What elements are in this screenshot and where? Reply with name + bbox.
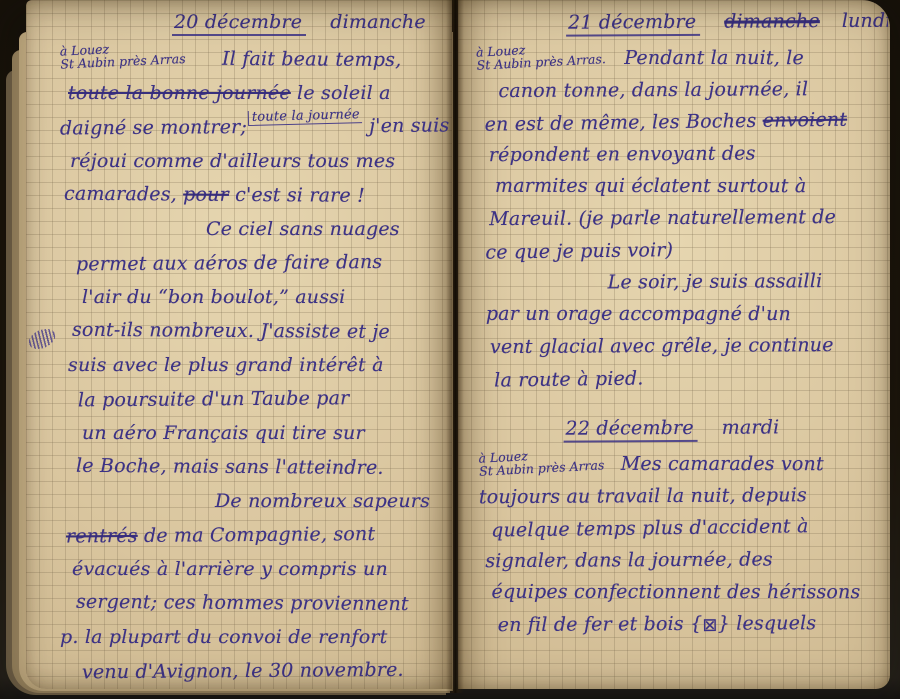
struck-text-segment: pour — [183, 184, 229, 206]
handwriting-line: Mareuil. (je parle naturellement de — [477, 203, 875, 237]
handwriting-line: sergent; ces hommes proviennent — [60, 587, 442, 624]
text-segment: le Boche, mais sans l'atteindre. — [76, 455, 384, 479]
text-segment: vent glacial avec grêle, je continue — [490, 334, 834, 358]
handwriting-line: à LouezSt Aubin près Arras.Pendant la nu… — [476, 44, 874, 76]
handwriting-line: ce que je puis voir) — [477, 233, 875, 271]
right-page-content: 21 décembredimanchelundià LouezSt Aubin … — [456, 0, 892, 690]
text-segment: équipes confectionnent des hérissons — [492, 581, 861, 603]
handwriting-line: évacués à l'arrière y compris un — [60, 554, 442, 588]
handwriting-line: permet aux aéros de faire dans — [60, 247, 442, 284]
text-segment: quelque temps plus d'accident à — [491, 515, 809, 541]
text-segment: ce que je puis voir) — [485, 239, 673, 264]
handwriting-line: suis avec le plus grand intérêt à — [60, 350, 442, 384]
handwriting-line: réjoui comme d'ailleurs tous mes — [60, 146, 442, 180]
inserted-text-segment: toute la journée — [248, 108, 362, 126]
handwriting-line: vent glacial avec grêle, je continue — [478, 331, 876, 365]
handwriting-line: rentrés de ma Compagnie, sont — [60, 519, 442, 556]
handwriting-line: canon tonne, dans la journée, il — [476, 75, 874, 109]
handwriting-line: à LouezSt Aubin près ArrasMes camarades … — [479, 450, 877, 482]
text-segment: la route à pied. — [494, 367, 644, 391]
text-segment: en est de même, les Boches — [484, 110, 762, 136]
text-segment: évacués à l'arrière y compris un — [72, 558, 388, 580]
handwriting-line: quelque temps plus d'accident à — [479, 511, 877, 549]
text-segment: en fil de fer et bois { — [498, 613, 703, 636]
left-page-content: 20 décembredimancheà LouezSt Aubin près … — [26, 0, 452, 689]
text-segment: Le soir, je suis assailli — [608, 270, 823, 293]
entry-header: 21 décembredimanchelundi — [566, 3, 874, 45]
text-segment: j'en suis — [363, 114, 450, 137]
text-segment: canon tonne, dans la journée, il — [498, 78, 808, 102]
handwriting-line: en est de même, les Boches envoient — [476, 105, 874, 143]
text-segment: Mareuil. (je parle naturellement de — [489, 206, 836, 230]
text-segment: réjoui comme d'ailleurs tous mes — [70, 150, 395, 172]
struck-text-segment: toute la bonne journée — [68, 82, 291, 104]
entry-date: 20 décembre — [172, 11, 306, 36]
margin-location-note: à LouezSt Aubin près Arras — [60, 40, 173, 71]
handwriting-line: daigné se montrer;toute la journée j'en … — [60, 111, 442, 148]
handwriting-line: par un orage accompagné d'un — [478, 300, 876, 332]
text-segment: } lesquels — [718, 612, 817, 635]
handwriting-line: toujours au travail la nuit, depuis — [479, 481, 877, 515]
text-segment: Mes camarades vont — [621, 453, 824, 475]
handwriting-line: équipes confectionnent des hérissons — [480, 578, 878, 610]
text-segment: sont-ils nombreux. J'assiste et je — [72, 319, 390, 343]
text-segment: par un orage accompagné d'un — [486, 303, 791, 325]
handwriting-line: répondent en envoyant des — [477, 139, 875, 173]
handwriting-line: signaler, dans la journée, des — [479, 545, 877, 579]
entry-header: 22 décembremardi — [563, 409, 876, 451]
handwriting-line: un aéro Français qui tire sur — [60, 418, 442, 452]
text-segment: toujours au travail la nuit, depuis — [479, 484, 807, 508]
handwriting-line: l'air du “bon boulot,” aussi — [60, 282, 442, 316]
handwriting-line: à LouezSt Aubin près ArrasIl fait beau t… — [60, 43, 442, 80]
handwriting-line: le Boche, mais sans l'atteindre. — [60, 451, 442, 488]
text-segment: c'est si rare ! — [229, 184, 365, 207]
text-segment: venu d'Avignon, le 30 novembre. — [82, 659, 404, 684]
text-segment: Ce ciel sans nuages — [206, 218, 400, 240]
entry-header: 20 décembredimanche — [172, 4, 442, 44]
handwriting-line: la route à pied. — [478, 361, 876, 399]
text-segment: de ma Compagnie, sont — [138, 523, 376, 547]
margin-location-note: à LouezSt Aubin près Arras. — [476, 40, 589, 72]
handwriting-line: sont-ils nombreux. J'assiste et je — [60, 315, 442, 352]
left-page: 20 décembredimancheà LouezSt Aubin près … — [26, 0, 452, 689]
text-segment: un aéro Français qui tire sur — [82, 422, 365, 444]
text-segment: Il fait beau temps, — [222, 48, 402, 71]
text-segment: suis avec le plus grand intérêt à — [68, 354, 384, 376]
text-segment: daigné se montrer; — [60, 116, 247, 139]
crossed-box-sketch: ⊠ — [702, 611, 717, 640]
struck-text-segment: rentrés — [66, 525, 138, 548]
handwriting-line: Ce ciel sans nuages — [60, 214, 442, 248]
handwriting-line: marmites qui éclatent surtout à — [477, 172, 875, 204]
text-segment: l'air du “bon boulot,” aussi — [82, 286, 345, 308]
handwriting-line: la poursuite d'un Taube par — [60, 383, 442, 420]
handwriting-line: Le soir, je suis assailli — [478, 267, 876, 301]
text-segment: la poursuite d'un Taube par — [78, 387, 350, 411]
text-segment: Pendant la nuit, le — [624, 47, 804, 69]
text-segment: camarades, — [64, 183, 183, 206]
handwriting-line: De nombreux sapeurs — [60, 486, 442, 520]
struck-text-segment: envoient — [763, 109, 848, 132]
text-segment: marmites qui éclatent surtout à — [495, 175, 806, 197]
handwriting-line: p. la plupart du convoi de renfort — [60, 622, 442, 656]
handwriting-line: en fil de fer et bois {⊠} lesquels — [480, 609, 878, 643]
handwriting-line: venu d'Avignon, le 30 novembre. — [60, 655, 442, 689]
entry-day-name: dimanche — [330, 11, 426, 33]
entry-date: 22 décembre — [563, 417, 697, 443]
entry-day-name: lundi — [842, 10, 892, 32]
text-segment: permet aux aéros de faire dans — [76, 251, 383, 275]
notebook-spread: 20 décembredimancheà LouezSt Aubin près … — [0, 0, 900, 699]
margin-location-note: à LouezSt Aubin près Arras — [478, 446, 591, 478]
entry-date: 21 décembre — [566, 11, 700, 37]
handwriting-line: camarades, pour c'est si rare ! — [60, 179, 442, 216]
text-segment: sergent; ces hommes proviennent — [76, 591, 409, 615]
text-segment: signaler, dans la journée, des — [485, 548, 773, 572]
text-segment: De nombreux sapeurs — [215, 490, 430, 512]
entry-day-name: mardi — [722, 416, 780, 438]
text-segment: p. la plupart du convoi de renfort — [60, 626, 387, 648]
struck-day-name: dimanche — [724, 10, 820, 33]
right-page: 21 décembredimanchelundià LouezSt Aubin … — [458, 0, 890, 689]
text-segment: répondent en envoyant des — [489, 142, 756, 166]
text-segment: le soleil a — [291, 82, 391, 104]
margin-note-line: St Aubin près Arras — [60, 53, 172, 71]
handwriting-line: toute la bonne journée le soleil a — [60, 78, 442, 112]
